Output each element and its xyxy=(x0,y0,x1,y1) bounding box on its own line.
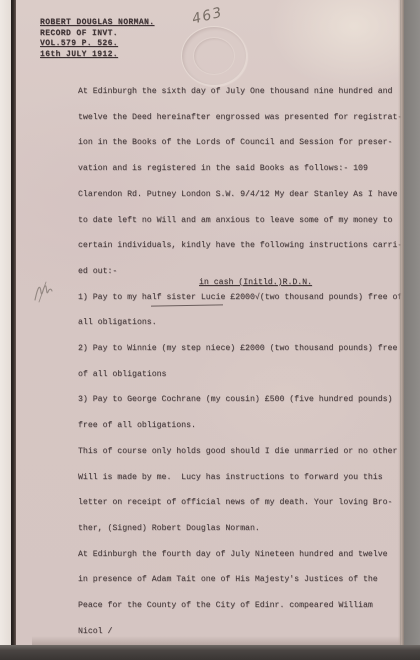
document-scan: ROBERT DOUGLAS NORMAN.RECORD OF INVT.VOL… xyxy=(0,0,420,660)
text-line: VOL.579 P. 526. xyxy=(40,39,154,50)
text-line: At Edinburgh the sixth day of July One t… xyxy=(78,79,410,105)
text-line: This of course only holds good should I … xyxy=(78,439,410,465)
text-line: letter on receipt of official news of my… xyxy=(78,490,410,516)
scanner-background-bottom xyxy=(0,645,420,660)
text-line: certain individuals, kindly have the fol… xyxy=(78,233,410,259)
text-line: vation and is registered in the said Boo… xyxy=(78,156,410,182)
text-line: ther, (Signed) Robert Douglas Norman. xyxy=(78,516,410,542)
scan-left-margin xyxy=(0,0,11,660)
text-line: Peace for the County of the City of Edin… xyxy=(78,593,410,619)
text-line: Clarendon Rd. Putney London S.W. 9/4/12 … xyxy=(78,182,410,208)
text-line: Will is made by me. Lucy has instruction… xyxy=(78,465,410,491)
embossed-seal-icon xyxy=(181,26,247,86)
text-line: all obligations. xyxy=(78,310,410,336)
margin-initials-icon xyxy=(32,278,66,313)
text-line: free of all obligations. xyxy=(78,413,410,439)
text-line: to date left no Will and am anxious to l… xyxy=(78,208,410,234)
text-line: in presence of Adam Tait one of His Maje… xyxy=(78,567,410,593)
text-line: 1) Pay to my half sister Lucie £2000√(tw… xyxy=(78,285,410,311)
text-line: 16th JULY 1912. xyxy=(40,50,154,61)
interlineation-text: in cash (Initld.)R.D.N. xyxy=(199,278,312,287)
page-number-handwritten: 463 xyxy=(191,4,225,27)
record-header: ROBERT DOUGLAS NORMAN.RECORD OF INVT.VOL… xyxy=(40,18,154,60)
binding-edge xyxy=(11,0,16,660)
scanner-background-right xyxy=(404,0,420,660)
text-line: 3) Pay to George Cochrane (my cousin) £5… xyxy=(78,387,410,413)
text-line: At Edinburgh the fourth day of July Nine… xyxy=(78,542,410,568)
body-text: At Edinburgh the sixth day of July One t… xyxy=(78,79,410,644)
text-line: RECORD OF INVT. xyxy=(40,29,154,40)
text-line: ROBERT DOUGLAS NORMAN. xyxy=(40,18,154,29)
text-line: twelve the Deed hereinafter engrossed wa… xyxy=(78,105,410,131)
embossed-seal-inner-ring xyxy=(193,37,235,75)
text-line: ion in the Books of the Lords of Council… xyxy=(78,130,410,156)
text-line: 2) Pay to Winnie (my step niece) £2000 (… xyxy=(78,336,410,362)
page: ROBERT DOUGLAS NORMAN.RECORD OF INVT.VOL… xyxy=(16,0,400,660)
text-line: of all obligations xyxy=(78,362,410,388)
